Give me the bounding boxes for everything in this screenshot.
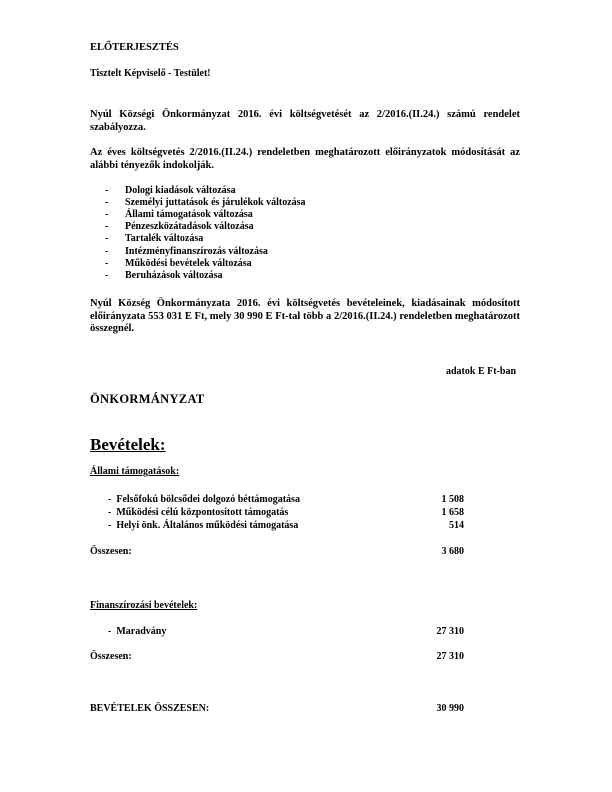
units-note: adatok E Ft-ban bbox=[446, 366, 516, 377]
state-support-heading: Állami támogatások: bbox=[90, 466, 179, 477]
paragraph-budget-regulation: Nyúl Községi Önkormányzat 2016. évi költ… bbox=[90, 109, 520, 134]
list-item: -Pénzeszközátadások változása bbox=[105, 221, 254, 232]
list-item: -Személyi juttatások és járulékok változ… bbox=[105, 197, 306, 208]
list-item: -Dologi kiadások változása bbox=[105, 185, 236, 196]
list-item: -Beruházások változása bbox=[105, 270, 223, 281]
revenue-heading: Bevételek: bbox=[90, 435, 166, 455]
salutation: Tisztelt Képviselő - Testület! bbox=[90, 68, 211, 79]
list-item: -Működési bevételek változása bbox=[105, 258, 252, 269]
paragraph-modification-reasons: Az éves költségvetés 2/2016.(II.24.) ren… bbox=[90, 147, 520, 172]
financing-heading: Finanszírozási bevételek: bbox=[90, 600, 197, 611]
list-item: -Állami támogatások változása bbox=[105, 209, 253, 220]
paragraph-modified-appropriation: Nyúl Község Önkormányzata 2016. évi költ… bbox=[90, 298, 520, 336]
document-title: ELŐTERJESZTÉS bbox=[90, 42, 179, 53]
list-item: -Intézményfinanszírozás változása bbox=[105, 246, 268, 257]
section-title: ÖNKORMÁNYZAT bbox=[90, 392, 204, 407]
list-item: -Tartalék változása bbox=[105, 233, 203, 244]
